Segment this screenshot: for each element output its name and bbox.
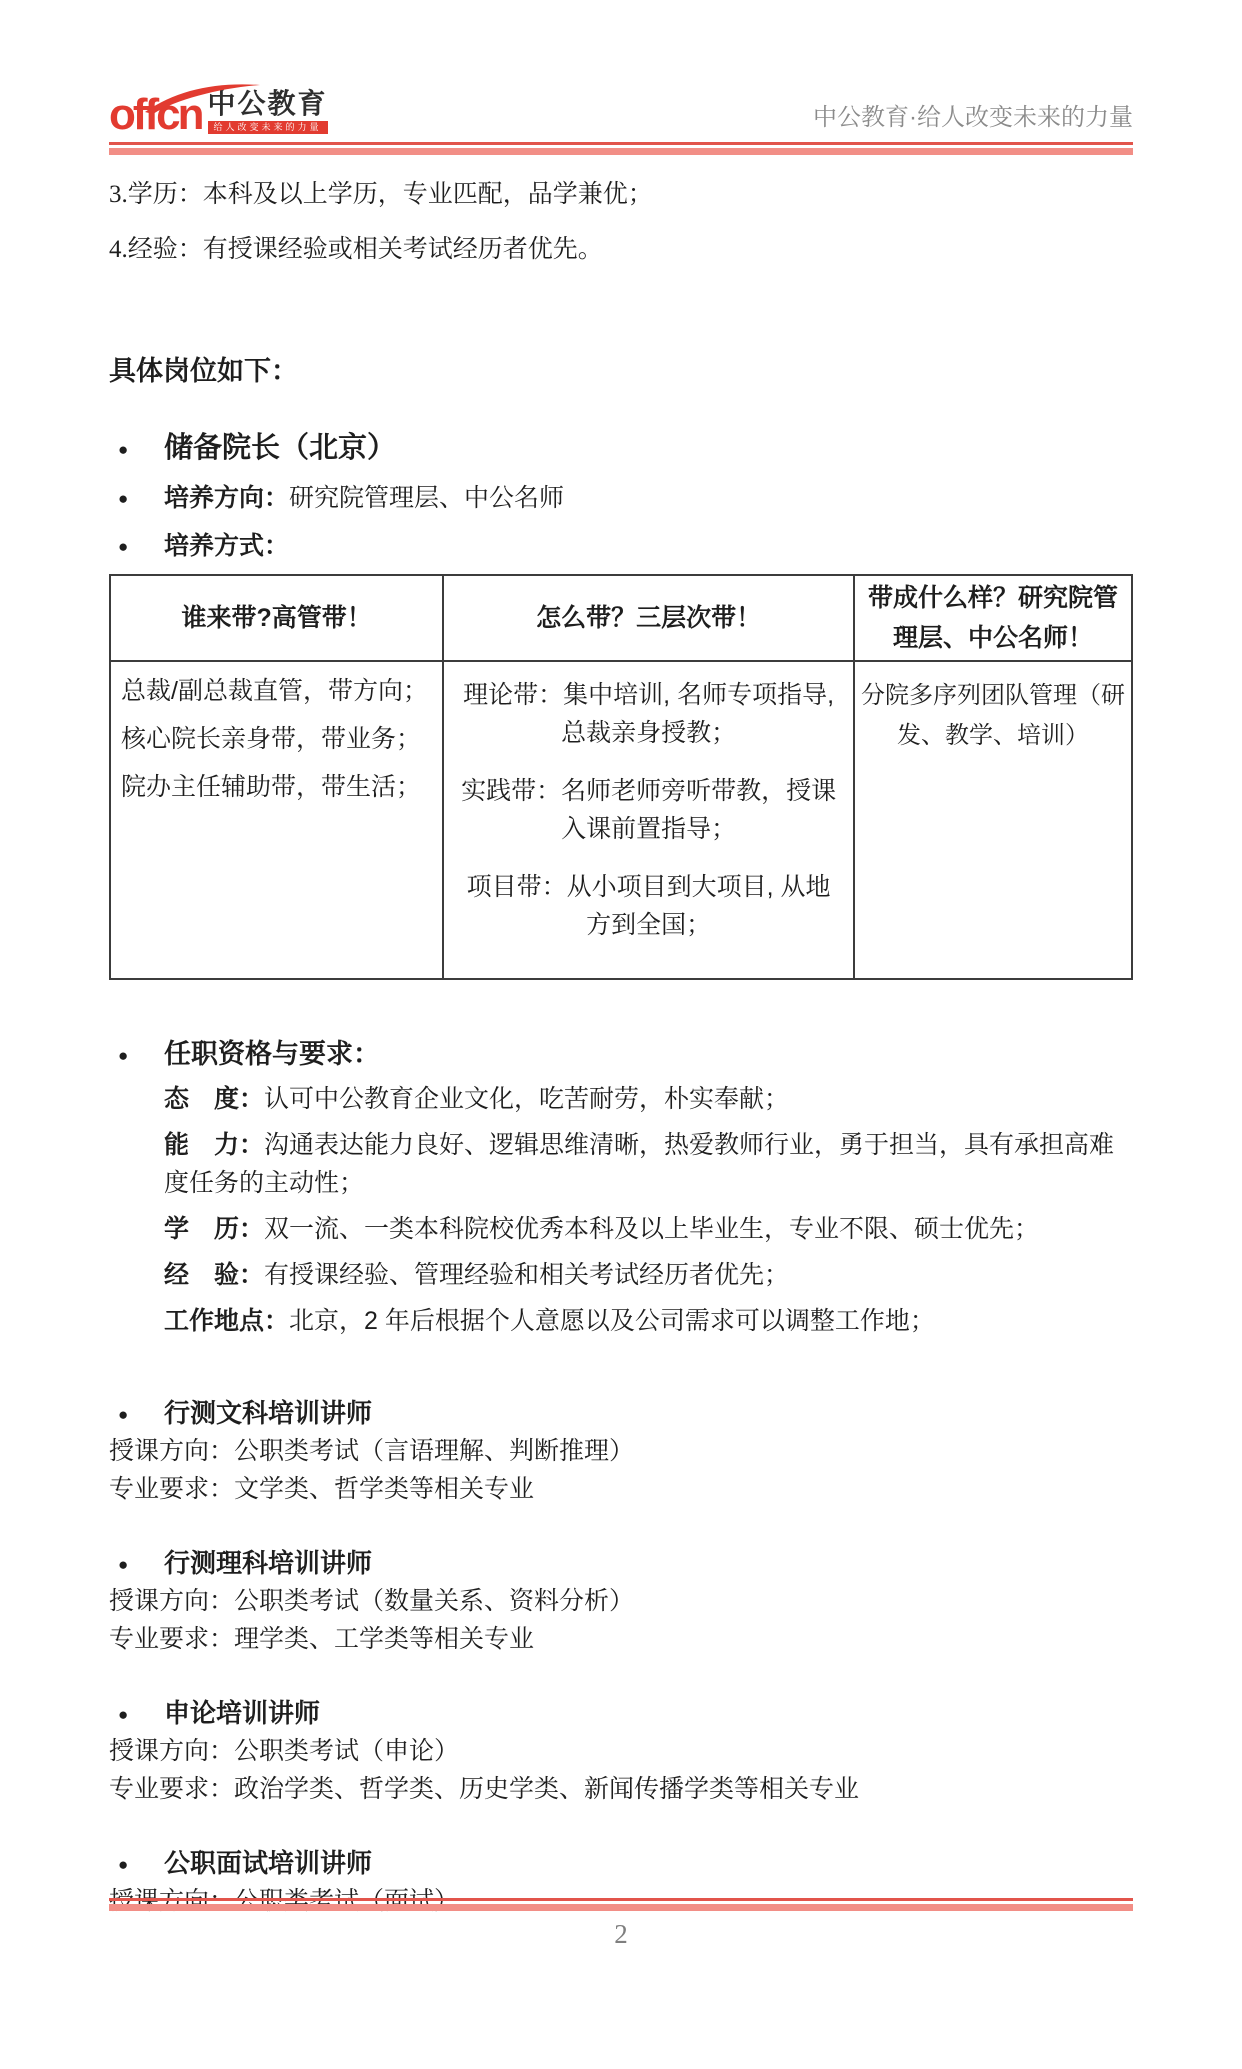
position-major: 专业要求：理学类、工学类等相关专业 bbox=[109, 1621, 1133, 1657]
position-title: 申论培训讲师 bbox=[164, 1695, 320, 1731]
qualification-text: 北京，2 年后根据个人意愿以及公司需求可以调整工作地； bbox=[289, 1307, 935, 1335]
qualification-text: 双一流、一类本科院校优秀本科及以上毕业生，专业不限、硕士优先； bbox=[264, 1215, 1039, 1243]
position-title: 公职面试培训讲师 bbox=[164, 1845, 372, 1881]
intro-line: 3.学历：本科及以上学历，专业匹配，品学兼优； bbox=[109, 177, 1133, 212]
bullet-icon: ● bbox=[109, 441, 164, 458]
table-body-row: 总裁/副总裁直管，带方向； 核心院长亲身带，带业务； 院办主任辅助带，带生活； … bbox=[110, 661, 1132, 979]
position-major: 专业要求：文学类、哲学类等相关专业 bbox=[109, 1471, 1133, 1507]
how-item: 项目带：从小项目到大项目, 从地方到全国； bbox=[454, 868, 843, 944]
qualification-label: 能 力： bbox=[164, 1131, 264, 1159]
position-title-row: ● 行测理科培训讲师 bbox=[109, 1545, 1133, 1581]
footer-rule-thick bbox=[109, 1904, 1133, 1911]
bullet-icon: ● bbox=[109, 1856, 164, 1873]
bullet-icon: ● bbox=[109, 1047, 164, 1064]
intro-line-number: 4. bbox=[109, 236, 128, 263]
who-line: 总裁/副总裁直管，带方向； bbox=[121, 676, 432, 706]
field-label: 培养方式： bbox=[164, 528, 289, 564]
qualification-text: 沟通表达能力良好、逻辑思维清晰，热爱教师行业，勇于担当，具有承担高难度任务的主动… bbox=[164, 1131, 1114, 1197]
qualification-item: 学 历：双一流、一类本科院校优秀本科及以上毕业生，专业不限、硕士优先； bbox=[164, 1210, 1133, 1248]
table-header-how: 怎么带？三层次带！ bbox=[443, 575, 854, 661]
position-title-row: ● 申论培训讲师 bbox=[109, 1695, 1133, 1731]
training-method-row: ● 培养方式： bbox=[109, 528, 1133, 564]
position-direction: 授课方向：公职类考试（言语理解、判断推理） bbox=[109, 1433, 1133, 1469]
position-title: 行测理科培训讲师 bbox=[164, 1545, 372, 1581]
offcn-logo: offcn 中公教育 给人改变未来的力量 bbox=[109, 89, 328, 134]
swoosh-icon bbox=[143, 80, 261, 114]
qualification-item: 态 度：认可中公教育企业文化，吃苦耐劳，朴实奉献； bbox=[164, 1080, 1133, 1118]
intro-line-number: 3. bbox=[109, 181, 128, 208]
logo-slogan-bar: 给人改变未来的力量 bbox=[208, 121, 328, 134]
position-title: 行测文科培训讲师 bbox=[164, 1395, 372, 1431]
intro-line: 4.经验：有授课经验或相关考试经历者优先。 bbox=[109, 232, 1133, 267]
qualification-label: 工作地点： bbox=[164, 1307, 289, 1335]
position-block: ● 申论培训讲师 授课方向：公职类考试（申论） 专业要求：政治学类、哲学类、历史… bbox=[109, 1695, 1133, 1807]
who-line: 院办主任辅助带，带生活； bbox=[121, 772, 432, 802]
intro-section: 3.学历：本科及以上学历，专业匹配，品学兼优； 4.经验：有授课经验或相关考试经… bbox=[109, 177, 1133, 267]
intro-line-text: 学历：本科及以上学历，专业匹配，品学兼优； bbox=[128, 180, 653, 208]
page-number: 2 bbox=[109, 1919, 1133, 1950]
qualifications-title: 任职资格与要求： bbox=[164, 1036, 380, 1072]
header-rule-thick bbox=[109, 148, 1133, 155]
qualification-item: 经 验：有授课经验、管理经验和相关考试经历者优先； bbox=[164, 1256, 1133, 1294]
position-title-row: ● 公职面试培训讲师 bbox=[109, 1845, 1133, 1881]
position-title: 储备院长（北京） bbox=[164, 428, 396, 468]
position-direction: 授课方向：公职类考试（申论） bbox=[109, 1733, 1133, 1769]
document-page: offcn 中公教育 给人改变未来的力量 中公教育·给人改变未来的力量 3.学历… bbox=[0, 0, 1242, 2069]
header-tagline: 中公教育·给人改变未来的力量 bbox=[813, 97, 1133, 134]
bullet-icon: ● bbox=[109, 538, 164, 555]
training-direction-text: 培养方向：研究院管理层、中公名师 bbox=[164, 480, 564, 516]
bullet-icon: ● bbox=[109, 1556, 164, 1573]
qualification-item: 能 力：沟通表达能力良好、逻辑思维清晰，热爱教师行业，勇于担当，具有承担高难度任… bbox=[164, 1126, 1133, 1202]
offcn-logo-mark: offcn bbox=[109, 96, 202, 134]
bullet-icon: ● bbox=[109, 1706, 164, 1723]
qualification-text: 有授课经验、管理经验和相关考试经历者优先； bbox=[264, 1261, 789, 1289]
position-block: ● 行测文科培训讲师 授课方向：公职类考试（言语理解、判断推理） 专业要求：文学… bbox=[109, 1395, 1133, 1507]
qualification-label: 态 度： bbox=[164, 1085, 264, 1113]
page-header: offcn 中公教育 给人改变未来的力量 中公教育·给人改变未来的力量 bbox=[109, 72, 1133, 134]
position-major: 专业要求：政治学类、哲学类、历史学类、新闻传播学类等相关专业 bbox=[109, 1771, 1133, 1807]
qualification-text: 认可中公教育企业文化，吃苦耐劳，朴实奉献； bbox=[264, 1085, 789, 1113]
intro-line-text: 经验：有授课经验或相关考试经历者优先。 bbox=[128, 235, 603, 263]
table-cell-how: 理论带：集中培训, 名师专项指导, 总裁亲身授教； 实践带：名师老师旁听带教，授… bbox=[443, 661, 854, 979]
table-header-result: 带成什么样？研究院管理层、中公名师！ bbox=[854, 575, 1132, 661]
qualification-label: 经 验： bbox=[164, 1261, 264, 1289]
how-item: 理论带：集中培训, 名师专项指导, 总裁亲身授教； bbox=[454, 676, 843, 752]
page-footer: 2 bbox=[109, 1898, 1133, 1950]
who-line: 核心院长亲身带，带业务； bbox=[121, 724, 432, 754]
position-direction: 授课方向：公职类考试（数量关系、资料分析） bbox=[109, 1583, 1133, 1619]
position-title-row: ● 行测文科培训讲师 bbox=[109, 1395, 1133, 1431]
field-label: 培养方向： bbox=[164, 484, 289, 512]
qualifications-title-row: ● 任职资格与要求： bbox=[109, 1036, 1133, 1072]
how-item: 实践带：名师老师旁听带教，授课入课前置指导； bbox=[454, 772, 843, 848]
qualification-label: 学 历： bbox=[164, 1215, 264, 1243]
header-rule-thin bbox=[109, 142, 1133, 145]
footer-rule-thin bbox=[109, 1898, 1133, 1901]
bullet-icon: ● bbox=[109, 1406, 164, 1423]
table-header-who: 谁来带?高管带！ bbox=[110, 575, 443, 661]
table-cell-who: 总裁/副总裁直管，带方向； 核心院长亲身带，带业务； 院办主任辅助带，带生活； bbox=[110, 661, 443, 979]
table-cell-result: 分院多序列团队管理（研发、教学、培训） bbox=[854, 661, 1132, 979]
bullet-icon: ● bbox=[109, 490, 164, 507]
training-direction-row: ● 培养方向：研究院管理层、中公名师 bbox=[109, 480, 1133, 516]
positions-list: ● 行测文科培训讲师 授课方向：公职类考试（言语理解、判断推理） 专业要求：文学… bbox=[109, 1395, 1133, 1919]
section-title: 具体岗位如下： bbox=[109, 353, 1133, 389]
training-table: 谁来带?高管带！ 怎么带？三层次带！ 带成什么样？研究院管理层、中公名师！ 总裁… bbox=[109, 574, 1133, 980]
table-header-row: 谁来带?高管带！ 怎么带？三层次带！ 带成什么样？研究院管理层、中公名师！ bbox=[110, 575, 1132, 661]
field-value: 研究院管理层、中公名师 bbox=[289, 484, 564, 512]
position-title-row: ● 储备院长（北京） bbox=[109, 428, 1133, 468]
position-block: ● 行测理科培训讲师 授课方向：公职类考试（数量关系、资料分析） 专业要求：理学… bbox=[109, 1545, 1133, 1657]
qualification-item: 工作地点：北京，2 年后根据个人意愿以及公司需求可以调整工作地； bbox=[164, 1302, 1133, 1340]
